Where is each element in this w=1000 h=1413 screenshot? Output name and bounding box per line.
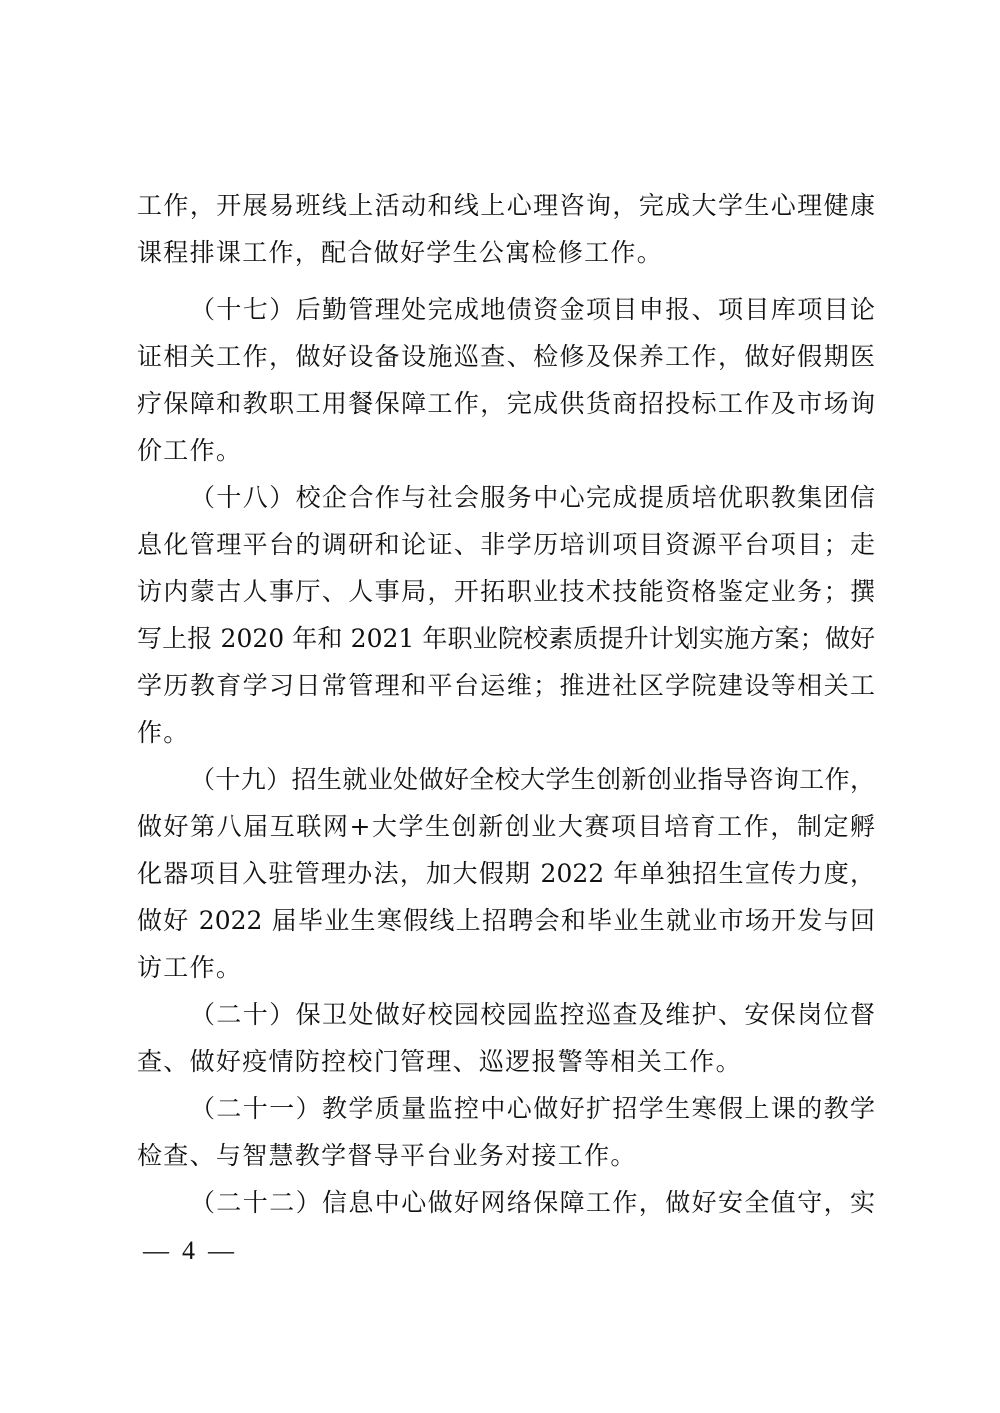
text-line: （十九）招生就业处做好全校大学生创新创业指导咨询工作， <box>190 764 875 796</box>
text-line: 课程排课工作，配合做好学生公寓检修工作。 <box>137 237 875 269</box>
text-line: 访内蒙古人事厅、人事局，开拓职业技术技能资格鉴定业务；撰 <box>137 576 875 608</box>
document-page: 工作，开展易班线上活动和线上心理咨询，完成大学生心理健康 课程排课工作，配合做好… <box>0 0 1000 1413</box>
text-line: 学历教育学习日常管理和平台运维；推进社区学院建设等相关工 <box>137 670 875 702</box>
text-line: 工作，开展易班线上活动和线上心理咨询，完成大学生心理健康 <box>137 190 875 222</box>
text-line: 做好 2022 届毕业生寒假线上招聘会和毕业生就业市场开发与回 <box>137 905 875 937</box>
text-line: 疗保障和教职工用餐保障工作，完成供货商招投标工作及市场询 <box>137 388 875 420</box>
text-line: （十七）后勤管理处完成地债资金项目申报、项目库项目论 <box>190 294 875 326</box>
text-line: 化器项目入驻管理办法，加大假期 2022 年单独招生宣传力度， <box>137 858 875 890</box>
text-line: （二十二）信息中心做好网络保障工作，做好安全值守，实 <box>190 1187 875 1219</box>
text-line: 做好第八届互联网+大学生创新创业大赛项目培育工作，制定孵 <box>137 811 875 843</box>
text-line: （十八）校企合作与社会服务中心完成提质培优职教集团信 <box>190 482 875 514</box>
text-line: 作。 <box>137 717 875 749</box>
text-line: 证相关工作，做好设备设施巡查、检修及保养工作，做好假期医 <box>137 341 875 373</box>
text-line: 访工作。 <box>137 952 875 984</box>
text-line: （二十）保卫处做好校园校园监控巡查及维护、安保岗位督 <box>190 999 875 1031</box>
text-line: 价工作。 <box>137 435 875 467</box>
text-line: 查、做好疫情防控校门管理、巡逻报警等相关工作。 <box>137 1046 875 1078</box>
text-line: 息化管理平台的调研和论证、非学历培训项目资源平台项目；走 <box>137 529 875 561</box>
text-line: （二十一）教学质量监控中心做好扩招学生寒假上课的教学 <box>190 1093 875 1125</box>
text-line: 检查、与智慧教学督导平台业务对接工作。 <box>137 1140 875 1172</box>
page-number: — 4 — <box>143 1236 234 1266</box>
text-line: 写上报 2020 年和 2021 年职业院校素质提升计划实施方案；做好 <box>137 623 875 655</box>
